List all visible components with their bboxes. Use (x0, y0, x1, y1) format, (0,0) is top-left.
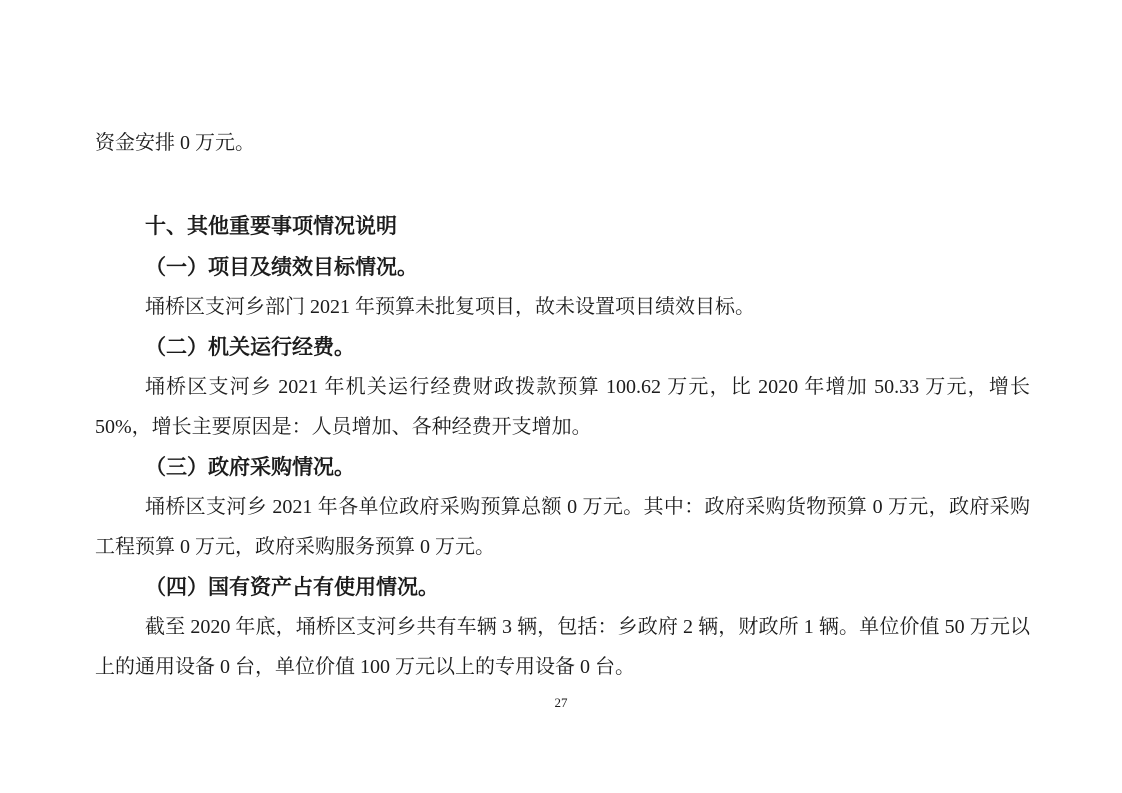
paragraph-project-performance-targets: 埇桥区支河乡部门 2021 年预算未批复项目，故未设置项目绩效目标。 (95, 287, 1030, 327)
paragraph-government-procurement: 埇桥区支河乡 2021 年各单位政府采购预算总额 0 万元。其中：政府采购货物预… (95, 487, 1030, 567)
subheading-government-procurement: （三）政府采购情况。 (95, 447, 1030, 487)
subheading-agency-operating-expenses: （二）机关运行经费。 (95, 327, 1030, 367)
subheading-state-owned-assets-usage: （四）国有资产占有使用情况。 (95, 567, 1030, 607)
document-body: 资金安排 0 万元。 十、其他重要事项情况说明 （一）项目及绩效目标情况。 埇桥… (0, 0, 1122, 687)
section-heading-other-important-matters: 十、其他重要事项情况说明 (95, 207, 1030, 247)
paragraph-state-owned-assets-usage: 截至 2020 年底，埇桥区支河乡共有车辆 3 辆，包括：乡政府 2 辆，财政所… (95, 607, 1030, 687)
paragraph-continuation-funding: 资金安排 0 万元。 (95, 123, 1030, 163)
page-number: 27 (0, 694, 1122, 712)
document-page: 资金安排 0 万元。 十、其他重要事项情况说明 （一）项目及绩效目标情况。 埇桥… (0, 0, 1122, 793)
paragraph-agency-operating-expenses: 埇桥区支河乡 2021 年机关运行经费财政拨款预算 100.62 万元，比 20… (95, 367, 1030, 447)
subheading-project-performance-targets: （一）项目及绩效目标情况。 (95, 247, 1030, 287)
blank-line-spacer (95, 163, 1030, 207)
